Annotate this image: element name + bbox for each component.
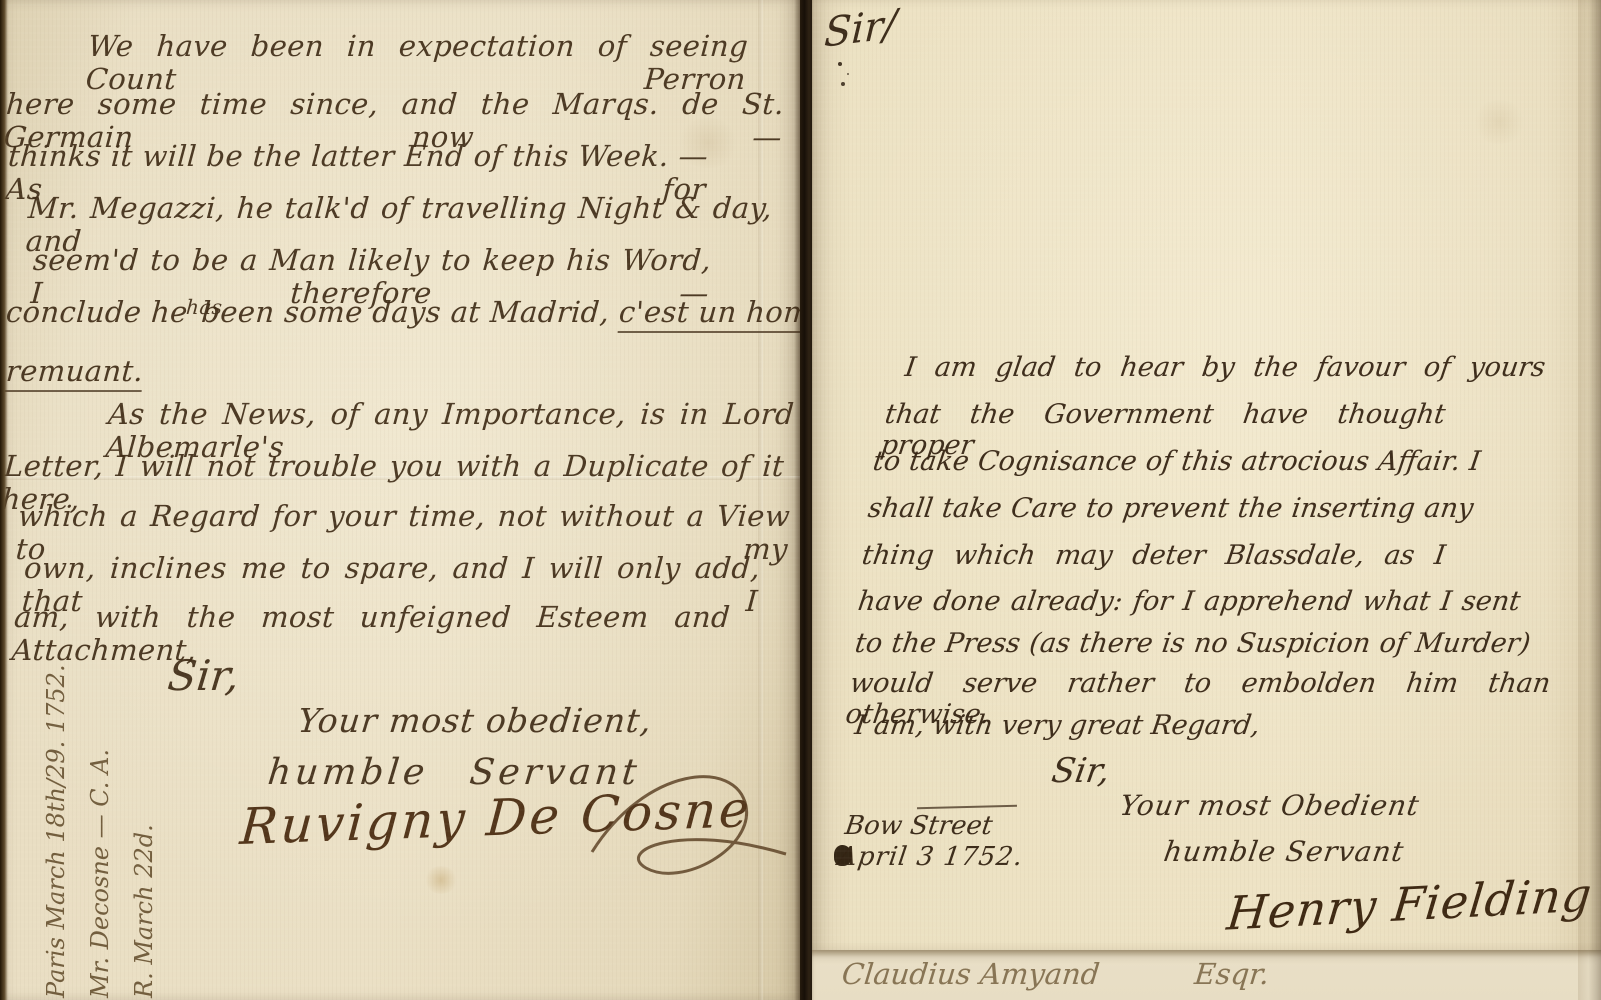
left-body-line: thinks it will be the latter End of this… — [7, 140, 710, 176]
address-line: Claudius Amyand Esqr. — [840, 958, 1271, 991]
left-body-line: Mr. Megazzi, he talk'd of travelling Nig… — [27, 192, 774, 228]
left-body-line: am, with the most unfeigned Esteem and A… — [13, 601, 732, 637]
left-body-line: seem'd to be a Man likely to keep his Wo… — [32, 244, 713, 280]
left-body-line: own, inclines me to spare, and I will on… — [23, 552, 762, 588]
photo-edge — [0, 0, 8, 1000]
pen-flourish — [917, 805, 1017, 810]
address-name: Claudius Amyand — [840, 957, 1101, 991]
closing-line: humble Servant — [1161, 836, 1406, 868]
right-body-line: to the Press (as there is no Suspicion o… — [853, 628, 1533, 662]
left-body-line: here some time since, and the Marqs. de … — [5, 88, 786, 124]
left-body-line: We have been in expectation of seeing Co… — [87, 30, 750, 66]
right-body-line: to take Cognisance of this atrocious Aff… — [871, 446, 1483, 480]
docket-line: Paris March 18th/29. 1752. — [34, 653, 78, 998]
fox-stain — [424, 866, 458, 894]
madrid-pre: conclude he — [5, 295, 189, 329]
right-body-line: shall take Care to prevent the inserting… — [866, 493, 1476, 527]
ink-spatter — [838, 62, 842, 66]
underlying-leaf: Claudius Amyand Esqr. — [812, 950, 1601, 1000]
underlined-french: remuant. — [5, 354, 145, 392]
right-body-line: I am, with very great Regard, — [853, 710, 1262, 741]
photo-edge — [1578, 0, 1601, 1000]
dateline-date: April 3 1752. — [836, 843, 1025, 873]
salutation: Sir, — [165, 652, 241, 700]
madrid-mid: been some days at Madrid, — [200, 295, 610, 329]
docket-note: Paris March 18th/29. 1752. Mr. Decosne —… — [34, 653, 166, 998]
right-body-line: would serve rather to embolden him than … — [848, 668, 1553, 702]
left-body-line: As the News, of any Importance, is in Lo… — [107, 398, 796, 434]
left-page: We have been in expectation of seeing Co… — [0, 0, 800, 1000]
left-body-line: remuant. — [5, 355, 145, 388]
manuscript-photo: We have been in expectation of seeing Co… — [0, 0, 1601, 1000]
closing-salutation: Sir, — [1049, 752, 1113, 791]
address-suffix: Esqr. — [1193, 957, 1271, 991]
right-page: Sir/ I am glad to hear by the favour of … — [812, 0, 1601, 950]
dateline-place: Bow Street — [843, 812, 994, 842]
right-body-line: that the Government have thought proper — [883, 399, 1448, 433]
left-body-line: which a Regard for your time, not withou… — [17, 500, 792, 536]
salutation: Sir/ — [823, 1, 898, 57]
docket-line: R. March 22d. — [122, 653, 166, 998]
gutter-shadow — [794, 0, 814, 1000]
fox-stain — [1472, 100, 1526, 144]
docket-line: Mr. Decosne — C. A. — [78, 653, 122, 998]
right-body-line: I am glad to hear by the favour of yours — [903, 352, 1548, 386]
underlined-french: c'est un homme — [618, 295, 800, 333]
left-body-line: Letter, I will not trouble you with a Du… — [3, 450, 786, 486]
closing-line: Your most obedient, — [296, 702, 654, 740]
left-body-line: conclude hehas been some days at Madrid,… — [5, 296, 800, 329]
right-body-line: thing which may deter Blassdale, as I — [860, 540, 1448, 574]
inserted-word: has — [185, 296, 223, 319]
signature-fielding: Henry Fielding — [1224, 868, 1594, 940]
right-body-line: have done already: for I apprehend what … — [856, 586, 1523, 620]
closing-line: Your most Obedient — [1117, 790, 1421, 822]
